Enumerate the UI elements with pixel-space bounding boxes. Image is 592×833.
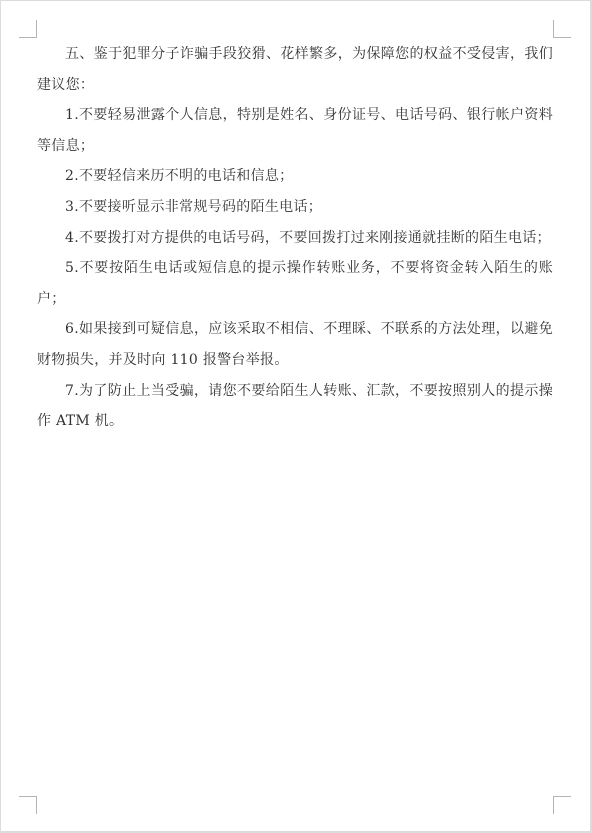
margin-corner-top-right bbox=[553, 20, 571, 38]
paragraph-intro: 五、鉴于犯罪分子诈骗手段狡猾、花样繁多，为保障您的权益不受侵害，我们建议您： bbox=[37, 39, 553, 100]
margin-corner-top-left bbox=[19, 20, 37, 38]
paragraph-item-5: 5.不要按陌生电话或短信息的提示操作转账业务，不要将资金转入陌生的账户； bbox=[37, 253, 553, 314]
paragraph-item-6: 6.如果接到可疑信息，应该采取不相信、不理睬、不联系的方法处理，以避免财物损失，… bbox=[37, 314, 553, 375]
paragraph-item-1: 1.不要轻易泄露个人信息，特别是姓名、身份证号、电话号码、银行帐户资料等信息； bbox=[37, 100, 553, 161]
paragraph-item-7: 7.为了防止上当受骗，请您不要给陌生人转账、汇款，不要按照别人的提示操作 ATM… bbox=[37, 376, 553, 437]
margin-corner-bottom-left bbox=[19, 796, 37, 814]
paragraph-item-4: 4.不要拨打对方提供的电话号码，不要回拨打过来刚接通就挂断的陌生电话； bbox=[37, 223, 553, 254]
document-body[interactable]: 五、鉴于犯罪分子诈骗手段狡猾、花样繁多，为保障您的权益不受侵害，我们建议您： 1… bbox=[37, 39, 553, 437]
paragraph-item-2: 2.不要轻信来历不明的电话和信息； bbox=[37, 161, 553, 192]
margin-corner-bottom-right bbox=[553, 796, 571, 814]
document-page: 五、鉴于犯罪分子诈骗手段狡猾、花样繁多，为保障您的权益不受侵害，我们建议您： 1… bbox=[1, 1, 590, 831]
paragraph-item-3: 3.不要接听显示非常规号码的陌生电话； bbox=[37, 192, 553, 223]
